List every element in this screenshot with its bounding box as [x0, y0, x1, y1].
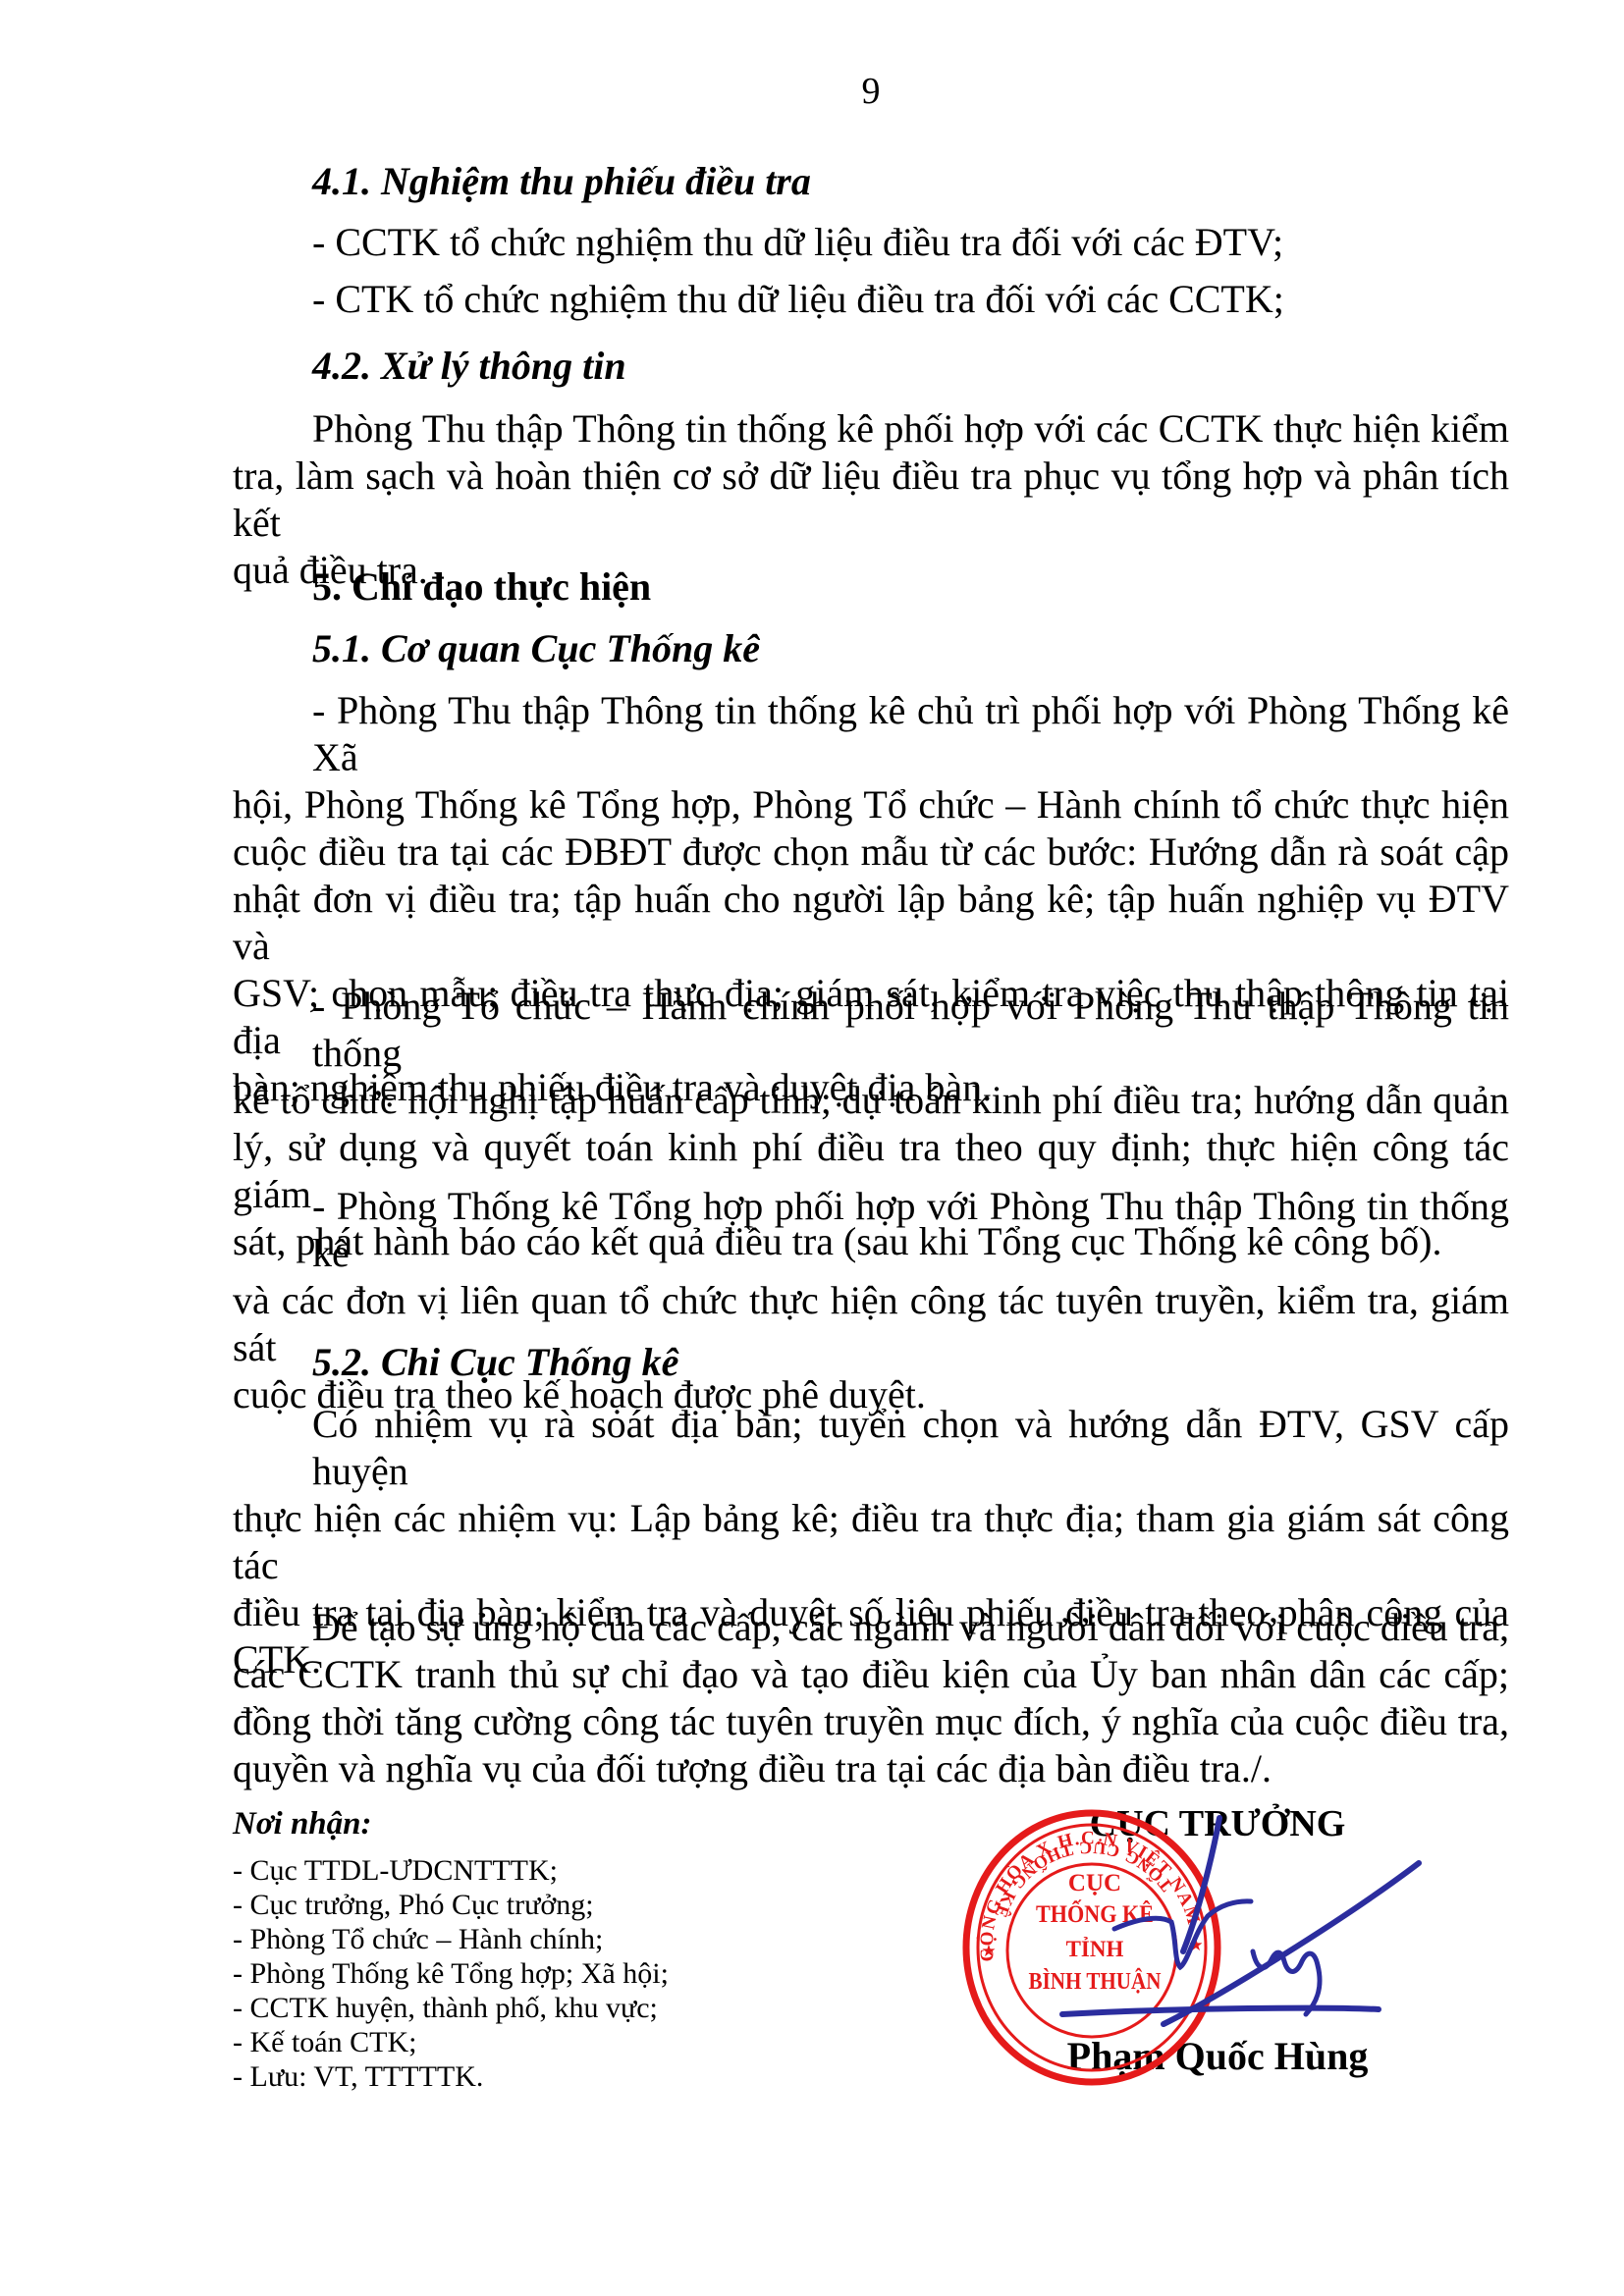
- text-line: - Cục trưởng, Phó Cục trưởng;: [233, 1888, 783, 1922]
- text-line: đồng thời tăng cường công tác tuyên truy…: [233, 1698, 1509, 1745]
- text-line: thực hiện các nhiệm vụ: Lập bảng kê; điề…: [233, 1495, 1509, 1589]
- signature-underline: [1062, 2008, 1379, 2014]
- bullet-cctk: - CCTK tổ chức nghiệm thu dữ liệu điều t…: [233, 219, 1509, 266]
- signature-down-stroke: [1183, 1818, 1219, 1951]
- paragraph-ung-ho: Để tạo sự ủng hộ của các cấp, các ngành …: [233, 1604, 1509, 1792]
- text-line: Phòng Thu thập Thông tin thống kê phối h…: [233, 405, 1509, 453]
- bullet-ctk: - CTK tổ chức nghiệm thu dữ liệu điều tr…: [233, 276, 1509, 323]
- heading-5: 5. Chỉ đạo thực hiện: [312, 563, 651, 611]
- text-line: - CCTK tổ chức nghiệm thu dữ liệu điều t…: [233, 219, 1509, 266]
- text-line: Để tạo sự ủng hộ của các cấp, các ngành …: [233, 1604, 1509, 1651]
- text-line: - Phòng Tổ chức – Hành chính;: [233, 1922, 783, 1956]
- text-line: - Cục TTDL-ƯDCNTTTK;: [233, 1853, 783, 1888]
- text-line: - Phòng Tổ chức – Hành chính phối hợp vớ…: [233, 983, 1509, 1077]
- text-line: - CTK tổ chức nghiệm thu dữ liệu điều tr…: [233, 276, 1509, 323]
- text-line: - Phòng Thống kê Tổng hợp; Xã hội;: [233, 1956, 783, 1991]
- signature-cross-stroke: [1114, 1901, 1251, 1967]
- recipients-label: Nơi nhận:: [233, 1804, 372, 1843]
- heading-4-2: 4.2. Xử lý thông tin: [312, 343, 626, 390]
- text-line: các CCTK tranh thủ sự chỉ đạo và tạo điề…: [233, 1651, 1509, 1698]
- text-line: - Lưu: VT, TTTTTK.: [233, 2059, 783, 2094]
- text-line: quyền và nghĩa vụ của đối tượng điều tra…: [233, 1745, 1509, 1792]
- text-line: - Phòng Thống kê Tổng hợp phối hợp với P…: [233, 1183, 1509, 1277]
- text-line: hội, Phòng Thống kê Tổng hợp, Phòng Tổ c…: [233, 781, 1509, 828]
- text-line: - CCTK huyện, thành phố, khu vực;: [233, 1991, 783, 2025]
- heading-5-2: 5.2. Chi Cục Thống kê: [312, 1339, 678, 1386]
- document-page: 9 4.1. Nghiệm thu phiếu điều tra - CCTK …: [0, 0, 1624, 2296]
- text-line: kê tổ chức hội nghị tập huấn cấp tỉnh; d…: [233, 1077, 1509, 1124]
- recipients-list: - Cục TTDL-ƯDCNTTTK;- Cục trưởng, Phó Cụ…: [233, 1853, 783, 2094]
- text-line: nhật đơn vị điều tra; tập huấn cho người…: [233, 876, 1509, 970]
- stamp-star-left: ★: [981, 1942, 996, 1960]
- signature-squiggle-stroke: [1253, 1951, 1320, 2014]
- text-line: tra, làm sạch và hoàn thiện cơ sở dữ liệ…: [233, 453, 1509, 547]
- page-number: 9: [233, 68, 1509, 115]
- heading-5-1: 5.1. Cơ quan Cục Thống kê: [312, 625, 760, 672]
- heading-4-1: 4.1. Nghiệm thu phiếu điều tra: [312, 158, 811, 205]
- text-line: Có nhiệm vụ rà soát địa bàn; tuyển chọn …: [233, 1401, 1509, 1495]
- text-line: - Kế toán CTK;: [233, 2025, 783, 2059]
- text-line: cuộc điều tra tại các ĐBĐT được chọn mẫu…: [233, 828, 1509, 876]
- handwritten-signature: [1011, 1806, 1434, 2032]
- text-line: - Phòng Thu thập Thông tin thống kê chủ …: [233, 687, 1509, 781]
